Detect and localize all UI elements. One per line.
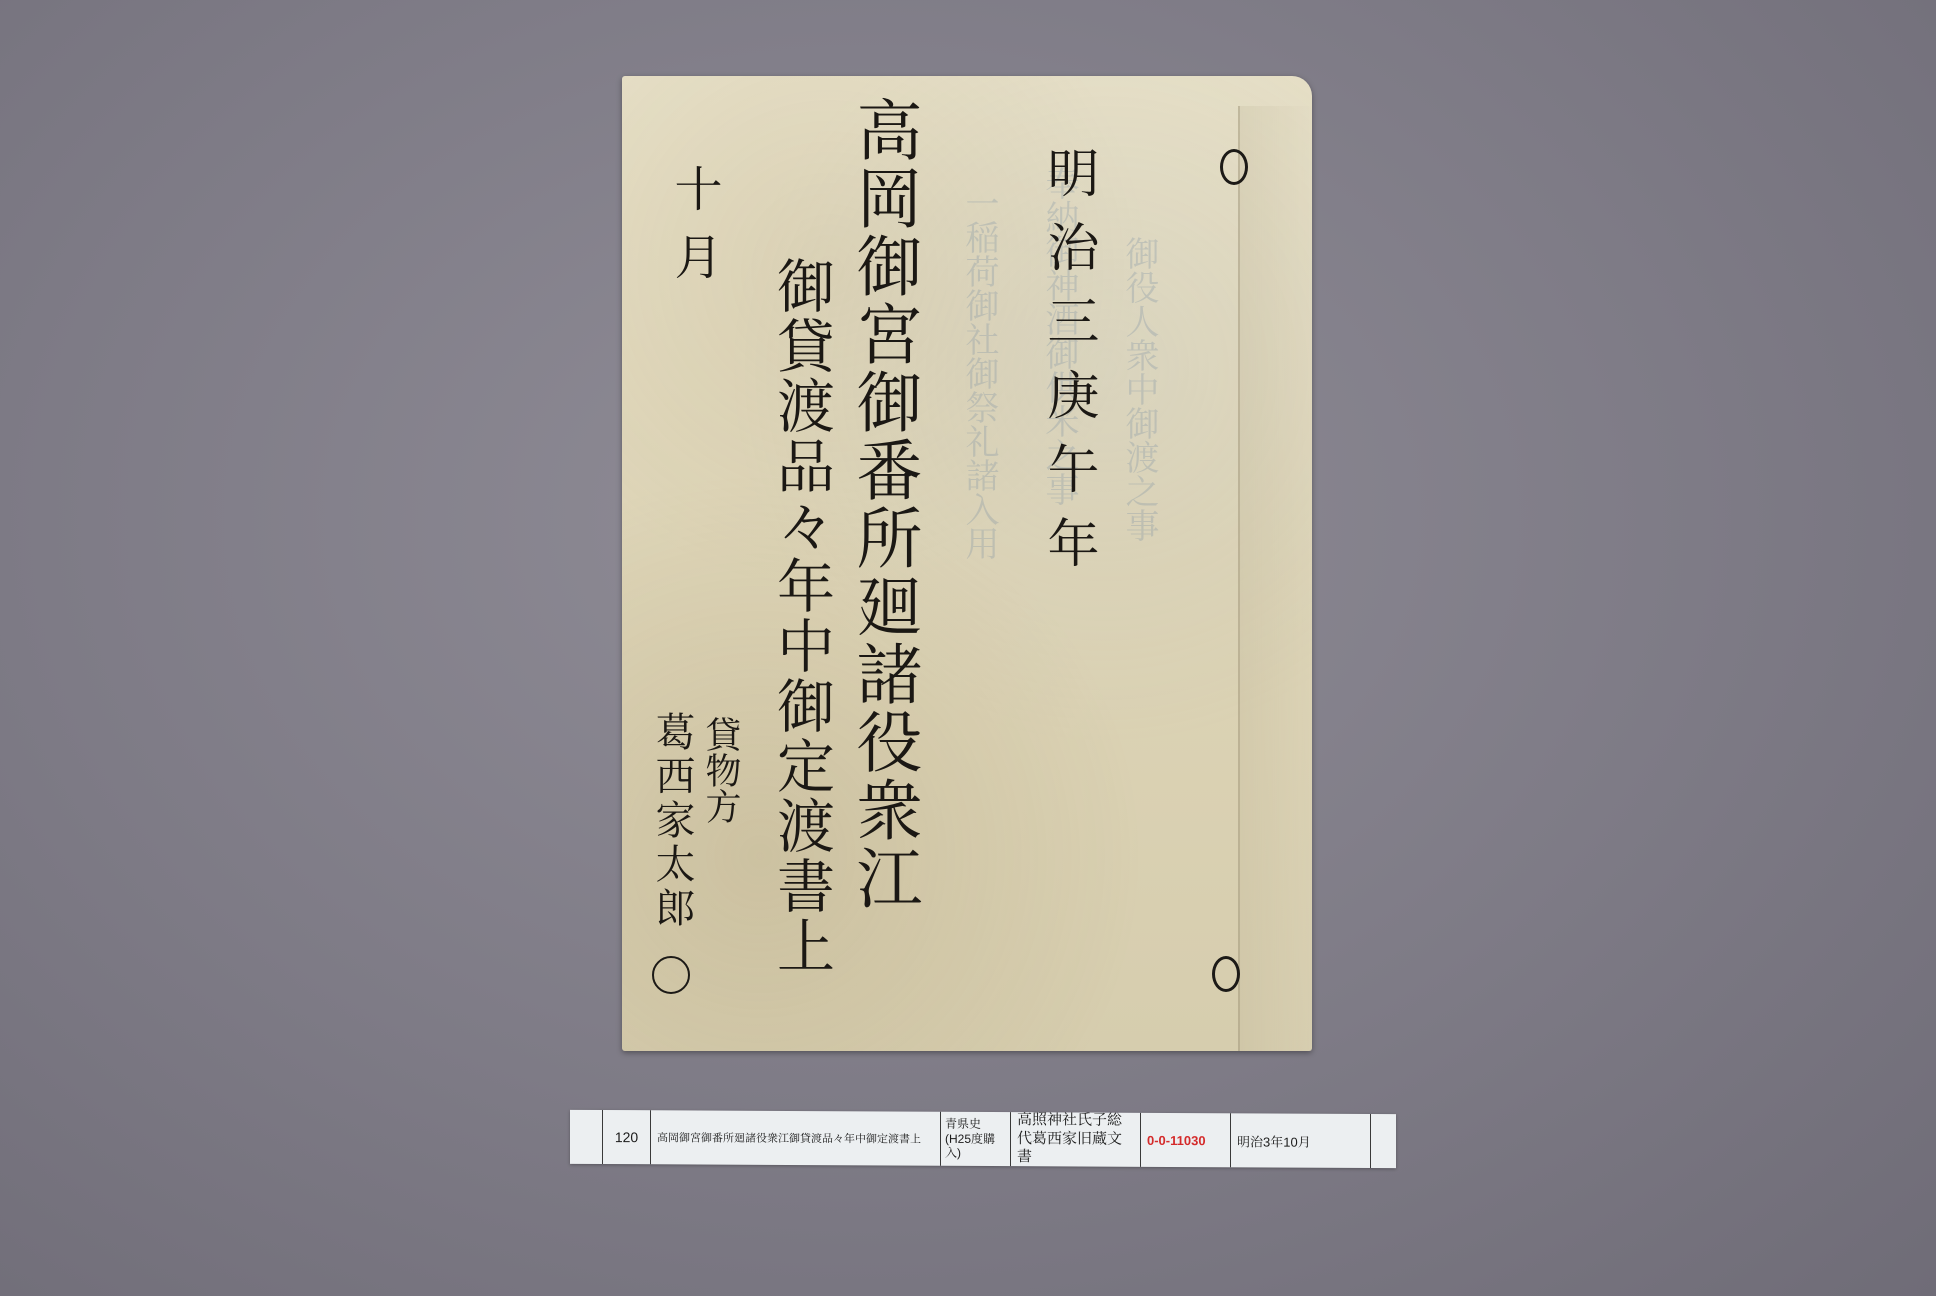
document-signatory-name: 葛西家太郎 bbox=[652, 711, 692, 931]
catalog-label-strip: 120 高岡御宮御番所廻諸役衆江御貸渡品々年中御定渡書上 青県史(H25度購入)… bbox=[570, 1110, 1396, 1168]
label-acquisition: 青県史(H25度購入) bbox=[940, 1112, 1010, 1166]
label-catalog-id: 0-0-11030 bbox=[1140, 1113, 1230, 1167]
label-number: 120 bbox=[602, 1110, 650, 1164]
label-cell-blank-right bbox=[1370, 1114, 1396, 1168]
document-month: 十月 bbox=[670, 164, 718, 300]
label-date: 明治3年10月 bbox=[1230, 1113, 1370, 1168]
label-title: 高岡御宮御番所廻諸役衆江御貸渡品々年中御定渡書上 bbox=[650, 1110, 940, 1166]
document-title-sub: 御貸渡品々年中御定渡書上 bbox=[772, 256, 830, 976]
binding-hole-mark-top bbox=[1220, 149, 1248, 185]
document-signatory-role: 貸物方 bbox=[702, 716, 738, 824]
signature-seal bbox=[652, 956, 690, 994]
label-cell-blank-left bbox=[570, 1110, 602, 1164]
bleed-through-text: 御役人衆中御渡之事 bbox=[1122, 236, 1156, 542]
document-era-line: 明治三庚午年 bbox=[1042, 146, 1094, 590]
bleed-through-text: 一稲荷御社御祭礼諸入用 bbox=[962, 186, 996, 560]
binding-hole-mark-bottom bbox=[1212, 956, 1240, 992]
document-binding-strip bbox=[1238, 106, 1312, 1051]
label-collection: 高照神社氏子総代葛西家旧蔵文書 bbox=[1010, 1112, 1140, 1167]
document-title-main: 高岡御宮御番所廻諸役衆江 bbox=[850, 96, 916, 912]
archival-document: 一稲荷御社御祭礼諸入用 奉納御神酒御供米之事 御役人衆中御渡之事 高岡御宮御番所… bbox=[622, 76, 1312, 1051]
